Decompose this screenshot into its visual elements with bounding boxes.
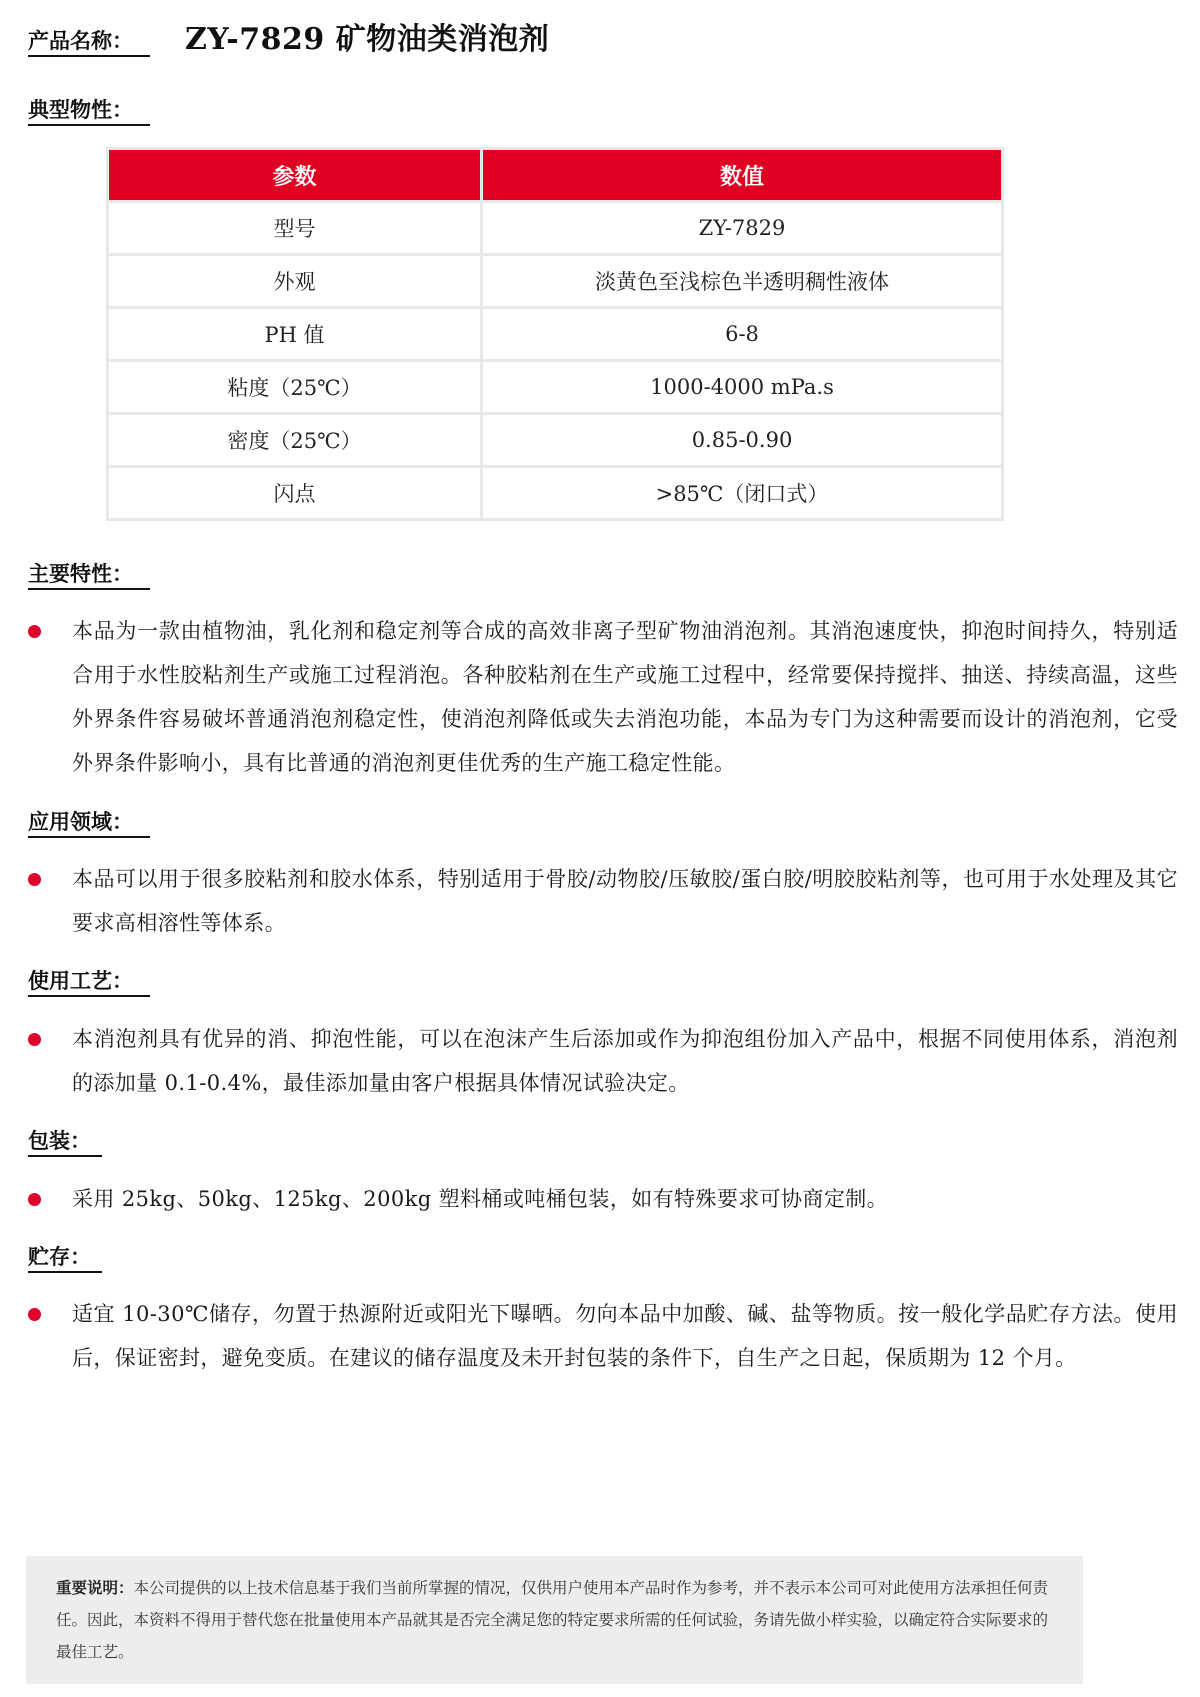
bullet-dot-icon (28, 1308, 41, 1321)
table-row: PH 值 6-8 (108, 308, 1003, 361)
properties-table: 参数 数值 型号 ZY-7829 外观 淡黄色至浅棕色半透明稠性液体 PH 值 … (106, 147, 1004, 521)
applications-text: 本品可以用于很多胶粘剂和胶水体系，特别适用于骨胶/动物胶/压敏胶/蛋白胶/明胶胶… (72, 857, 1178, 945)
product-name-label: 产品名称： (28, 28, 150, 57)
param-cell: 型号 (108, 202, 482, 255)
param-cell: 粘度（25℃） (108, 361, 482, 414)
table-header-row: 参数 数值 (108, 149, 1003, 202)
bullet-dot-icon (28, 1193, 41, 1206)
param-cell: 外观 (108, 255, 482, 308)
product-name: ZY-7829 矿物油类消泡剂 (185, 20, 549, 60)
table-row: 闪点 >85℃（闭口式） (108, 467, 1003, 520)
value-cell: 淡黄色至浅棕色半透明稠性液体 (482, 255, 1003, 308)
section-heading-packaging: 包装： (28, 1128, 102, 1157)
features-bullet: 本品为一款由植物油，乳化剂和稳定剂等合成的高效非离子型矿物油消泡剂。其消泡速度快… (28, 609, 1178, 785)
value-cell: ZY-7829 (482, 202, 1003, 255)
packaging-text: 采用 25kg、50kg、125kg、200kg 塑料桶或吨桶包装，如有特殊要求… (72, 1177, 1178, 1221)
bullet-dot-icon (28, 873, 41, 886)
section-heading-storage: 贮存： (28, 1244, 102, 1273)
column-header-param: 参数 (108, 149, 482, 202)
param-cell: 密度（25℃） (108, 414, 482, 467)
value-cell: 0.85-0.90 (482, 414, 1003, 467)
param-cell: PH 值 (108, 308, 482, 361)
storage-text: 适宜 10-30℃储存，勿置于热源附近或阳光下曝晒。勿向本品中加酸、碱、盐等物质… (72, 1292, 1178, 1380)
storage-bullet: 适宜 10-30℃储存，勿置于热源附近或阳光下曝晒。勿向本品中加酸、碱、盐等物质… (28, 1292, 1178, 1380)
usage-text: 本消泡剂具有优异的消、抑泡性能，可以在泡沫产生后添加或作为抑泡组份加入产品中，根… (72, 1017, 1178, 1105)
notice-text-block: 重要说明：本公司提供的以上技术信息基于我们当前所掌握的情况，仅供用户使用本产品时… (56, 1572, 1056, 1668)
table-row: 密度（25℃） 0.85-0.90 (108, 414, 1003, 467)
value-cell: 1000-4000 mPa.s (482, 361, 1003, 414)
table-row: 外观 淡黄色至浅棕色半透明稠性液体 (108, 255, 1003, 308)
table-row: 粘度（25℃） 1000-4000 mPa.s (108, 361, 1003, 414)
table-row: 型号 ZY-7829 (108, 202, 1003, 255)
notice-label: 重要说明： (56, 1579, 134, 1597)
section-heading-features: 主要特性： (28, 561, 150, 590)
bullet-dot-icon (28, 1033, 41, 1046)
bullet-dot-icon (28, 625, 41, 638)
param-cell: 闪点 (108, 467, 482, 520)
section-heading-applications: 应用领域： (28, 809, 150, 838)
column-header-value: 数值 (482, 149, 1003, 202)
section-heading-usage: 使用工艺： (28, 968, 150, 997)
important-notice: 重要说明：本公司提供的以上技术信息基于我们当前所掌握的情况，仅供用户使用本产品时… (26, 1556, 1083, 1684)
packaging-bullet: 采用 25kg、50kg、125kg、200kg 塑料桶或吨桶包装，如有特殊要求… (28, 1177, 1178, 1221)
value-cell: >85℃（闭口式） (482, 467, 1003, 520)
value-cell: 6-8 (482, 308, 1003, 361)
usage-bullet: 本消泡剂具有优异的消、抑泡性能，可以在泡沫产生后添加或作为抑泡组份加入产品中，根… (28, 1017, 1178, 1105)
features-text: 本品为一款由植物油，乳化剂和稳定剂等合成的高效非离子型矿物油消泡剂。其消泡速度快… (72, 609, 1178, 785)
section-heading-properties: 典型物性： (28, 97, 150, 126)
notice-body: 本公司提供的以上技术信息基于我们当前所掌握的情况，仅供用户使用本产品时作为参考，… (56, 1579, 1048, 1661)
applications-bullet: 本品可以用于很多胶粘剂和胶水体系，特别适用于骨胶/动物胶/压敏胶/蛋白胶/明胶胶… (28, 857, 1178, 945)
